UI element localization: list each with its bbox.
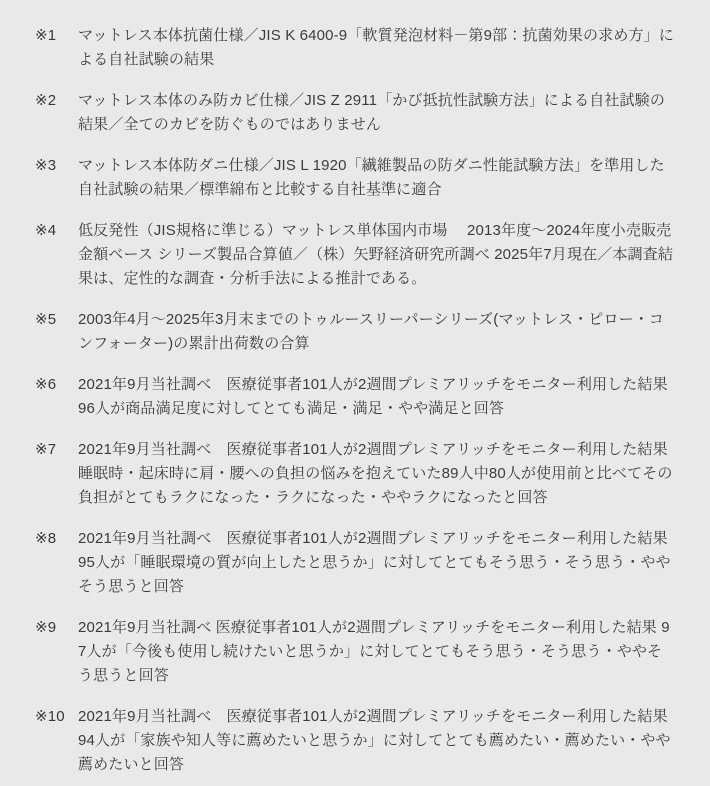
footnote-marker: ※5 <box>35 308 78 332</box>
footnote-item-9: ※9 2021年9月当社調べ 医療従事者101人が2週間プレミアリッチをモニター… <box>35 616 676 688</box>
footnote-text: 2021年9月当社調べ 医療従事者101人が2週間プレミアリッチをモニター利用し… <box>78 438 676 510</box>
footnote-text: 2021年9月当社調べ 医療従事者101人が2週間プレミアリッチをモニター利用し… <box>78 705 676 777</box>
footnote-item-4: ※4 低反発性（JIS規格に準じる）マットレス単体国内市場 2013年度〜202… <box>35 219 676 291</box>
footnote-item-3: ※3 マットレス本体防ダニ仕様／JIS L 1920「繊維製品の防ダニ性能試験方… <box>35 154 676 202</box>
footnote-marker: ※6 <box>35 373 78 397</box>
footnote-marker: ※1 <box>35 24 78 48</box>
footnote-marker: ※7 <box>35 438 78 462</box>
footnote-marker: ※2 <box>35 89 78 113</box>
footnotes-section: ※1 マットレス本体抗菌仕様／JIS K 6400-9「軟質発泡材料－第9部：抗… <box>0 0 710 786</box>
footnote-text: マットレス本体防ダニ仕様／JIS L 1920「繊維製品の防ダニ性能試験方法」を… <box>78 154 676 202</box>
footnote-marker: ※3 <box>35 154 78 178</box>
footnote-text: 2021年9月当社調べ 医療従事者101人が2週間プレミアリッチをモニター利用し… <box>78 527 676 599</box>
footnote-marker: ※8 <box>35 527 78 551</box>
footnote-item-6: ※6 2021年9月当社調べ 医療従事者101人が2週間プレミアリッチをモニター… <box>35 373 676 421</box>
footnote-marker: ※4 <box>35 219 78 243</box>
footnote-text: 2021年9月当社調べ 医療従事者101人が2週間プレミアリッチをモニター利用し… <box>78 616 676 688</box>
footnote-marker: ※9 <box>35 616 78 640</box>
footnote-text: マットレス本体のみ防カビ仕様／JIS Z 2911「かび抵抗性試験方法」による自… <box>78 89 676 137</box>
footnote-text: 2003年4月〜2025年3月末までのトゥルースリーパーシリーズ(マットレス・ピ… <box>78 308 676 356</box>
footnote-item-2: ※2 マットレス本体のみ防カビ仕様／JIS Z 2911「かび抵抗性試験方法」に… <box>35 89 676 137</box>
footnote-item-10: ※10 2021年9月当社調べ 医療従事者101人が2週間プレミアリッチをモニタ… <box>35 705 676 777</box>
footnote-marker: ※10 <box>35 705 78 729</box>
footnote-text: 低反発性（JIS規格に準じる）マットレス単体国内市場 2013年度〜2024年度… <box>78 219 676 291</box>
footnote-text: マットレス本体抗菌仕様／JIS K 6400-9「軟質発泡材料－第9部：抗菌効果… <box>78 24 676 72</box>
footnote-item-1: ※1 マットレス本体抗菌仕様／JIS K 6400-9「軟質発泡材料－第9部：抗… <box>35 24 676 72</box>
footnote-text: 2021年9月当社調べ 医療従事者101人が2週間プレミアリッチをモニター利用し… <box>78 373 676 421</box>
footnote-item-5: ※5 2003年4月〜2025年3月末までのトゥルースリーパーシリーズ(マットレ… <box>35 308 676 356</box>
footnote-item-8: ※8 2021年9月当社調べ 医療従事者101人が2週間プレミアリッチをモニター… <box>35 527 676 599</box>
footnote-item-7: ※7 2021年9月当社調べ 医療従事者101人が2週間プレミアリッチをモニター… <box>35 438 676 510</box>
